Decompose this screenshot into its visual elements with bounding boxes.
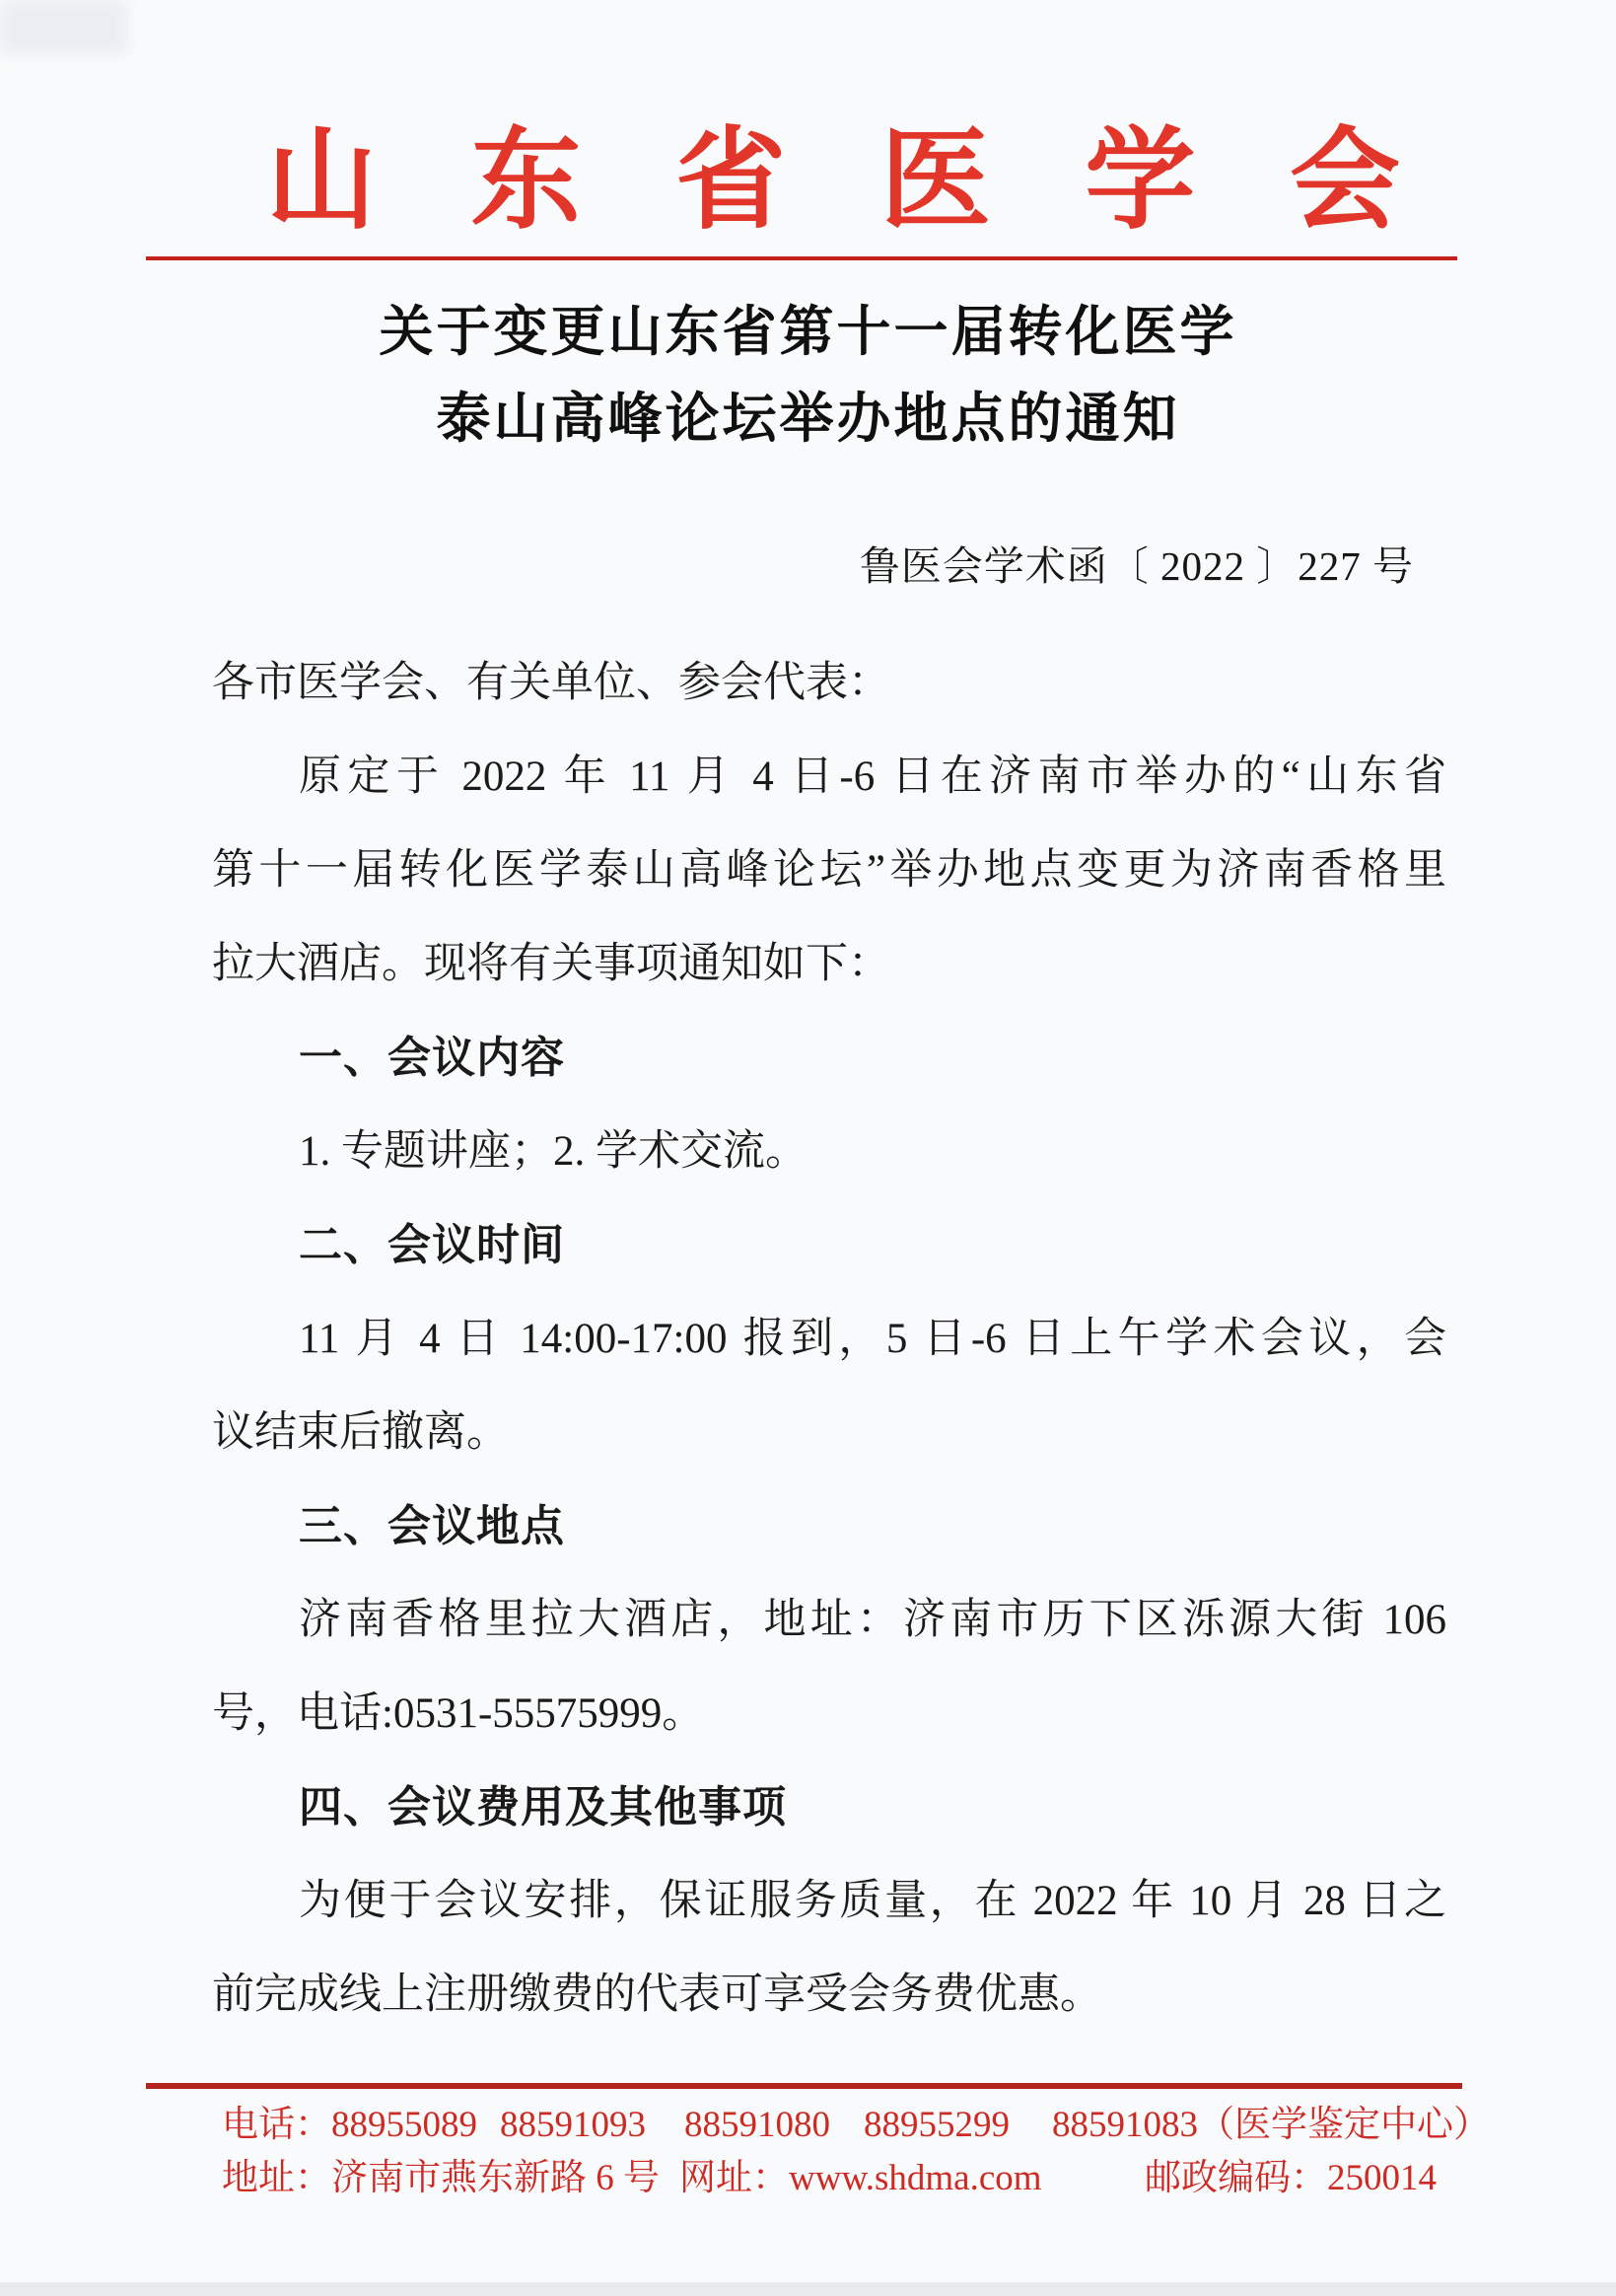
footer-phone-4: 88955299 — [864, 2102, 1010, 2149]
section-heading-4: 四、会议费用及其他事项 — [212, 1760, 1446, 1854]
footer-phone-3: 88591080 — [684, 2102, 830, 2149]
paragraph-line: 号，电话:0531-55575999。 — [212, 1667, 1446, 1760]
salutation-line: 各市医学会、有关单位、参会代表： — [212, 636, 1446, 730]
paragraph-line: 原定于 2022 年 11 月 4 日-6 日在济南市举办的“山东省 — [212, 730, 1446, 824]
footer-website: 网址：www.shdma.com — [679, 2155, 1042, 2202]
scanned-notice-page: 山 东 省 医 学 会 关于变更山东省第十一届转化医学 泰山高峰论坛举办地点的通… — [0, 0, 1616, 2296]
org-char: 医 — [880, 124, 991, 241]
paragraph-line: 拉大酒店。现将有关事项通知如下： — [212, 917, 1446, 1011]
footer-postcode: 邮政编码：250014 — [1145, 2155, 1437, 2202]
section-heading-1: 一、会议内容 — [212, 1011, 1446, 1105]
section-heading-3: 三、会议地点 — [212, 1479, 1446, 1573]
org-letterhead-title: 山 东 省 医 学 会 — [266, 124, 1400, 241]
org-char: 东 — [471, 124, 582, 241]
org-char: 省 — [675, 124, 786, 241]
paragraph-line: 议结束后撤离。 — [212, 1386, 1446, 1479]
org-char: 学 — [1085, 124, 1195, 241]
paragraph-line: 1. 专题讲座；2. 学术交流。 — [212, 1105, 1446, 1198]
footer-phone-1: 电话：88955089 — [222, 2102, 477, 2149]
document-reference-number: 鲁医会学术函〔 2022 〕227 号 — [860, 540, 1414, 592]
phone-number: 88591083 — [1052, 2105, 1198, 2145]
document-title-line1: 关于变更山东省第十一届转化医学 — [0, 302, 1616, 363]
footer-phone-2: 88591093 — [500, 2102, 646, 2149]
footer-address-line: 地址：济南市燕东新路 6 号 网址：www.shdma.com 邮政编码：250… — [0, 2155, 1616, 2202]
letterhead-divider-rule — [146, 256, 1457, 260]
paragraph-line: 济南香格里拉大酒店，地址：济南市历下区泺源大街 106 — [212, 1573, 1446, 1667]
footer-divider-rule — [146, 2083, 1462, 2089]
phone-note: （医学鉴定中心） — [1198, 2105, 1490, 2145]
notice-body: 各市医学会、有关单位、参会代表： 原定于 2022 年 11 月 4 日-6 日… — [212, 636, 1446, 2042]
org-char: 会 — [1290, 124, 1400, 241]
section-heading-2: 二、会议时间 — [212, 1198, 1446, 1292]
phone-label: 电话： — [222, 2105, 331, 2145]
footer-phone-5: 88591083（医学鉴定中心） — [1052, 2102, 1490, 2149]
paragraph-line: 11 月 4 日 14:00-17:00 报到，5 日-6 日上午学术会议，会 — [212, 1292, 1446, 1386]
footer-address: 地址：济南市燕东新路 6 号 — [222, 2155, 660, 2202]
paragraph-line: 第十一届转化医学泰山高峰论坛”举办地点变更为济南香格里 — [212, 824, 1446, 917]
scan-artifact-smudge — [0, 0, 128, 54]
paragraph-line: 为便于会议安排，保证服务质量，在 2022 年 10 月 28 日之 — [212, 1854, 1446, 1948]
org-char: 山 — [266, 124, 377, 241]
phone-number: 88955089 — [331, 2105, 477, 2145]
footer-phone-line: 电话：88955089 88591093 88591080 88955299 8… — [0, 2102, 1616, 2149]
paragraph-line: 前完成线上注册缴费的代表可享受会务费优惠。 — [212, 1948, 1446, 2042]
scan-artifact-bottom-edge — [0, 2282, 1616, 2296]
document-title-line2: 泰山高峰论坛举办地点的通知 — [0, 389, 1616, 450]
